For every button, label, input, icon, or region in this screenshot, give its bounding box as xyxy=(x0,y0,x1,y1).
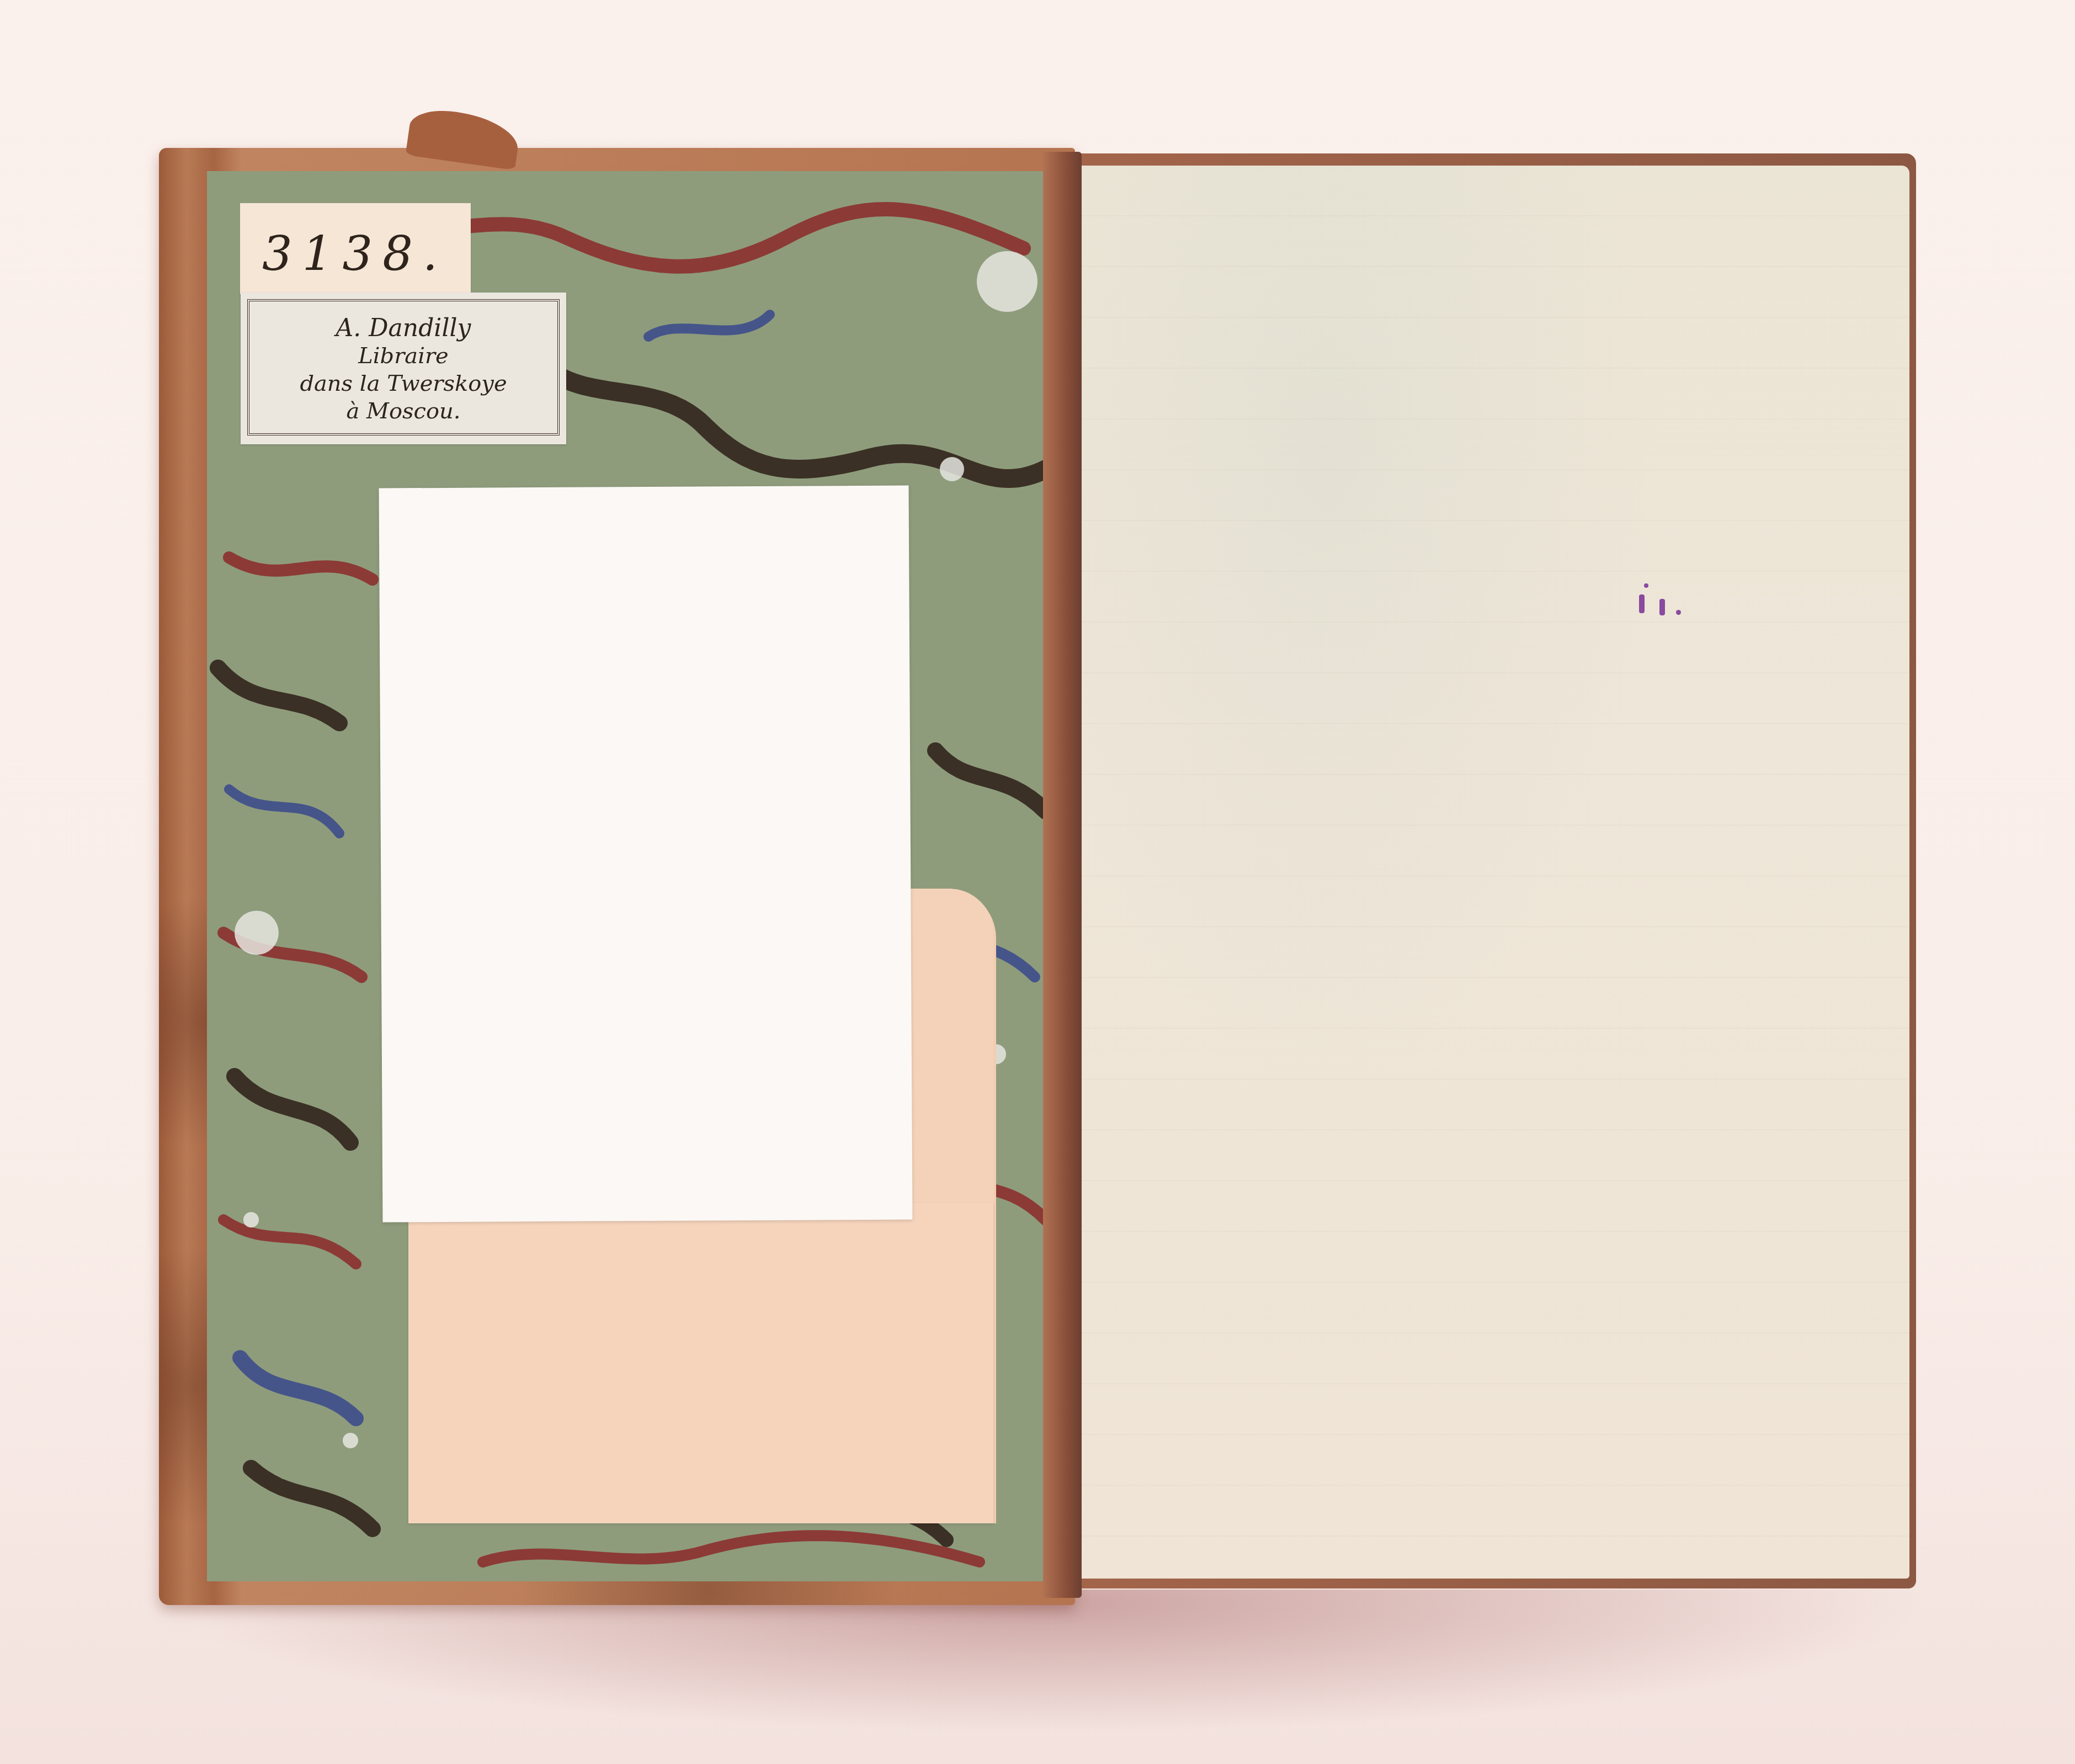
peach-envelope-pocket xyxy=(408,1203,993,1523)
book-shadow xyxy=(166,1590,1932,1733)
blank-flyleaf-page xyxy=(1076,166,1909,1579)
purple-stamp-mark xyxy=(1636,593,1686,621)
bookseller-label: A. Dandilly Libraire dans la Twerskoye à… xyxy=(241,293,566,444)
bookseller-name: A. Dandilly xyxy=(241,315,566,342)
bookseller-street: dans la Twerskoye xyxy=(241,370,566,397)
shelf-number: 3138. xyxy=(262,226,448,281)
blank-white-slip xyxy=(379,485,913,1222)
bookseller-title: Libraire xyxy=(241,342,566,370)
spine-hinge xyxy=(1043,152,1082,1598)
bookseller-city: à Moscou. xyxy=(241,397,566,425)
shelf-number-label: 3138. xyxy=(240,203,471,294)
